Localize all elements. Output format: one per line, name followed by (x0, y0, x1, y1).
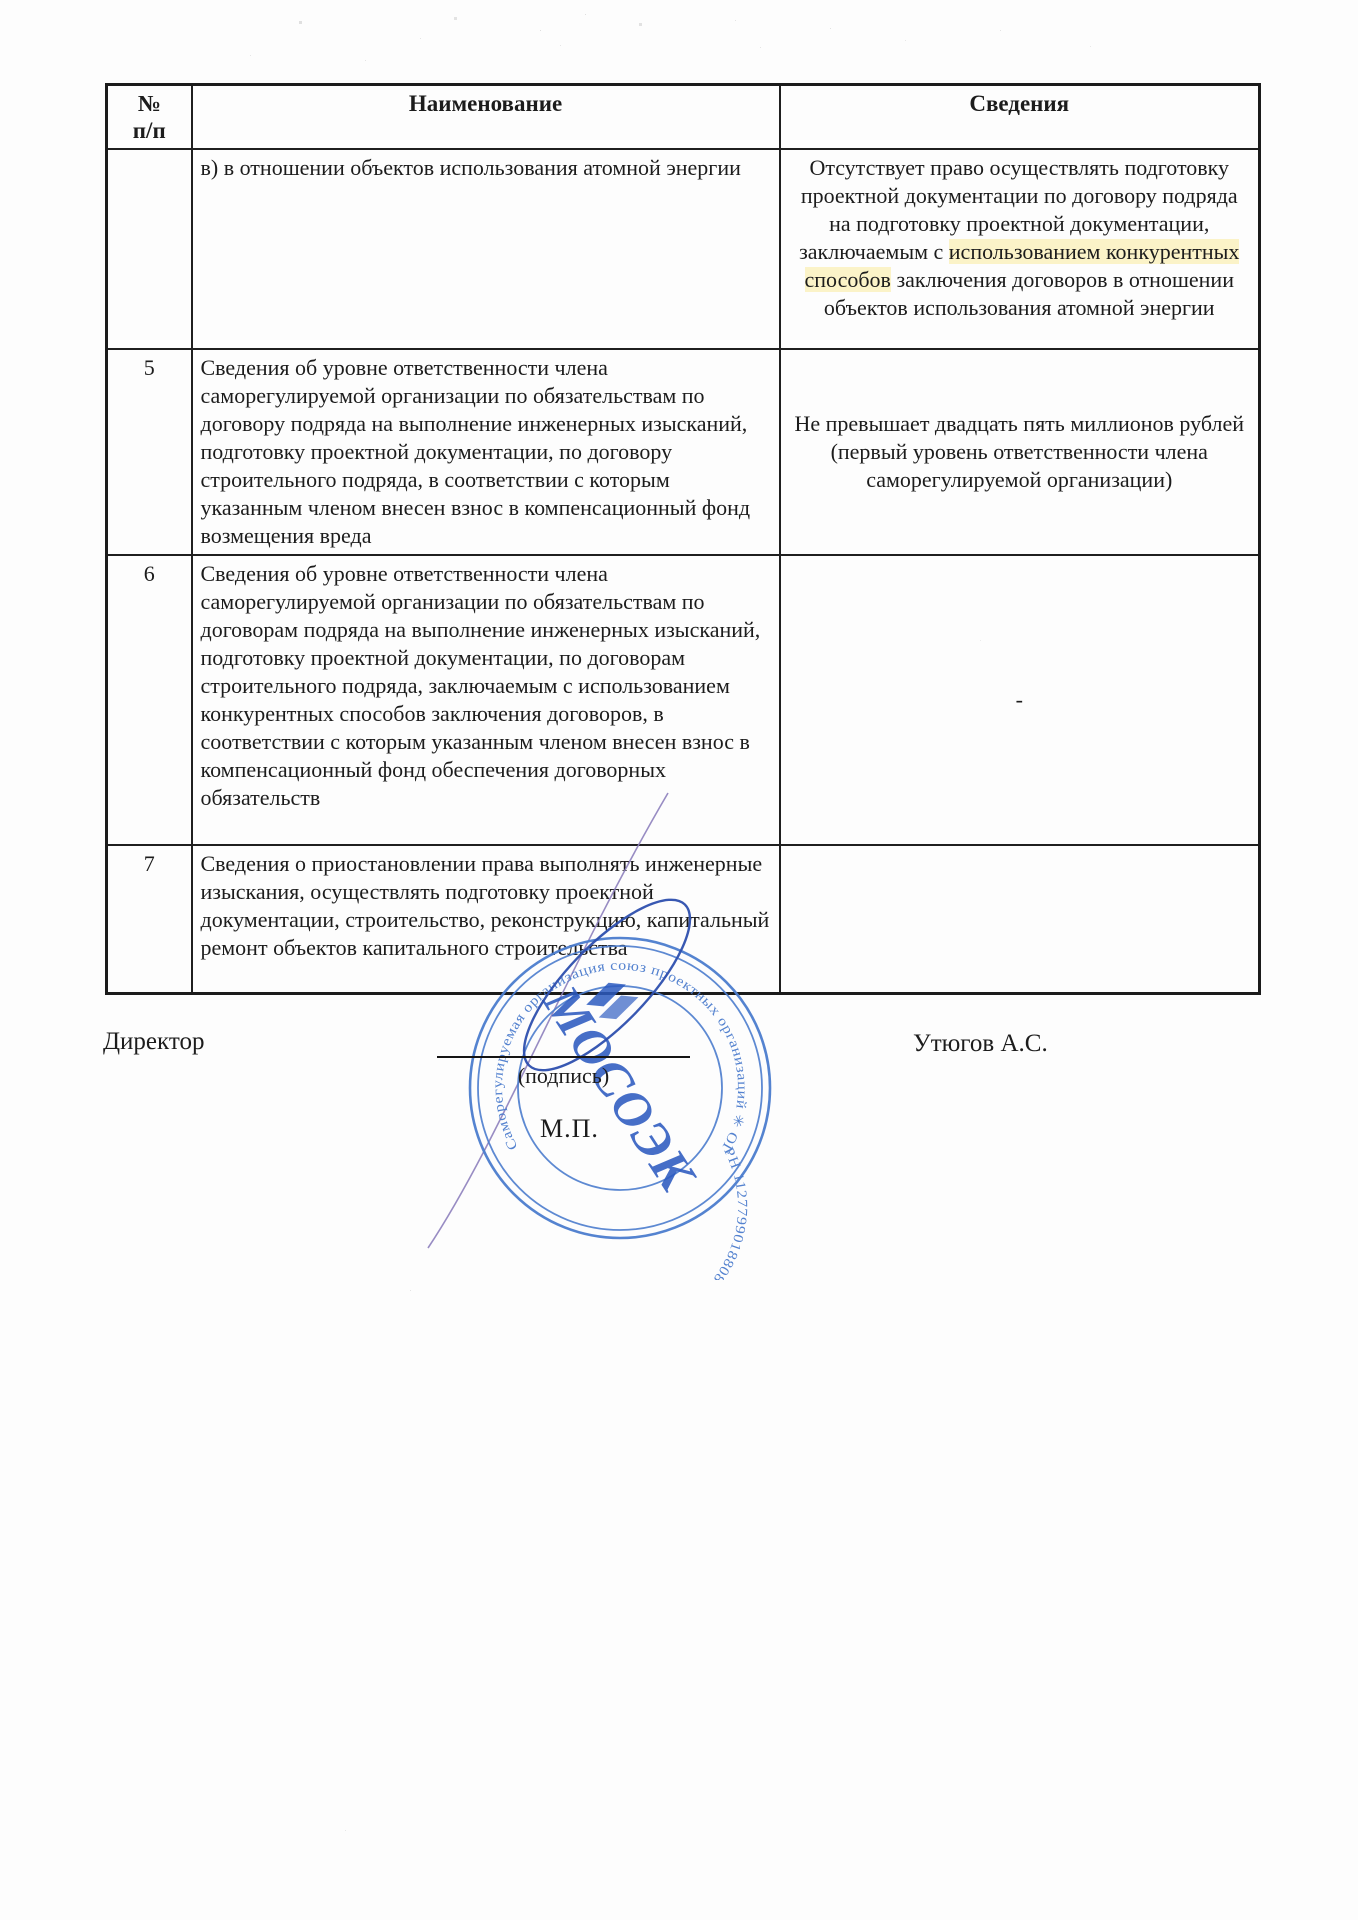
table-row: 5 Сведения об уровне ответственности чле… (107, 349, 1260, 555)
table-cell-num: 6 (107, 555, 192, 845)
header-cell-info: Сведения (780, 85, 1260, 150)
table-row: в) в отношении объектов использования ат… (107, 149, 1260, 349)
stamp-ring-text: Саморегулируемая организация союз проект… (491, 959, 749, 1280)
table-cell-info: Не превышает двадцать пять миллионов руб… (780, 349, 1260, 555)
table-cell-num: 5 (107, 349, 192, 555)
signer-name: Утюгов А.С. (913, 1030, 1048, 1058)
stamp-logo-text: МОСОЭК (531, 976, 706, 1203)
header-num-line1: № (116, 90, 183, 117)
scanned-document-page: № п/п Наименование Сведения в) в отношен… (0, 0, 1358, 1920)
header-cell-num: № п/п (107, 85, 192, 150)
table-cell-name: в) в отношении объектов использования ат… (192, 149, 780, 349)
director-label: Директор (103, 1028, 204, 1056)
scan-noise (0, 0, 1, 1)
table-cell-info: Отсутствует право осуществлять подготовк… (780, 149, 1260, 349)
signature-caption: (подпись) (437, 1063, 690, 1089)
table-cell-info (780, 845, 1260, 993)
info-table: № п/п Наименование Сведения в) в отношен… (105, 83, 1261, 995)
seal-caption: М.П. (540, 1114, 599, 1144)
table-cell-name: Сведения о приостановлении права выполня… (192, 845, 780, 993)
table-cell-num: 7 (107, 845, 192, 993)
header-cell-name: Наименование (192, 85, 780, 150)
table-cell-num (107, 149, 192, 349)
table-cell-name: Сведения об уровне ответственности члена… (192, 555, 780, 845)
table-header-row: № п/п Наименование Сведения (107, 85, 1260, 150)
table-row: 7 Сведения о приостановлении права выпол… (107, 845, 1260, 993)
signature-line (437, 1056, 690, 1058)
table-row: 6 Сведения об уровне ответственности чле… (107, 555, 1260, 845)
header-num-line2: п/п (116, 117, 183, 144)
table-cell-info: - (780, 555, 1260, 845)
table-cell-name: Сведения об уровне ответственности члена… (192, 349, 780, 555)
stamp-ring-textpath: Саморегулируемая организация союз проект… (491, 959, 749, 1280)
